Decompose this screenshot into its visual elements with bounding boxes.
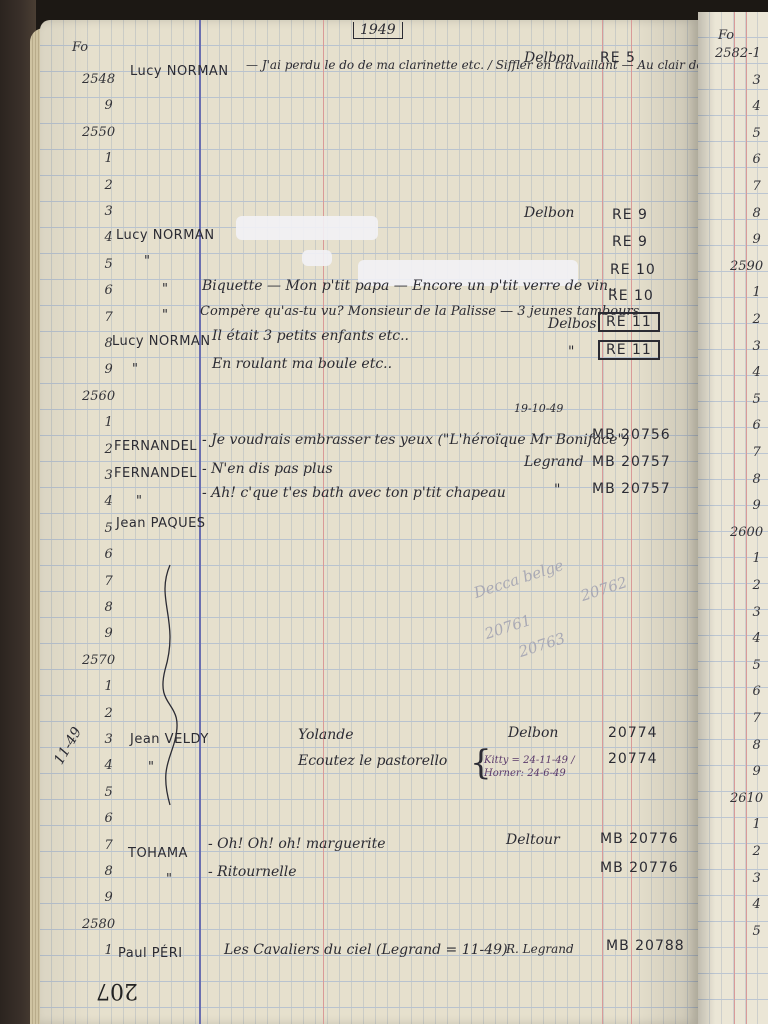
line-number: 8 bbox=[753, 472, 761, 487]
line-number: 3 bbox=[105, 468, 113, 483]
entry-orchestra: Delbon bbox=[524, 50, 574, 66]
entry-catalog: RE 11 bbox=[598, 314, 660, 330]
entry-title: Yolande bbox=[298, 727, 354, 743]
line-number: 4 bbox=[753, 365, 761, 380]
line-number: 8 bbox=[753, 206, 761, 221]
line-number: 7 bbox=[753, 445, 761, 460]
line-number: 3 bbox=[753, 605, 761, 620]
line-number: 2550 bbox=[82, 125, 115, 140]
entry-catalog: MB 20776 bbox=[600, 860, 679, 876]
entry-orchestra: Deltour bbox=[506, 832, 560, 848]
entry-artist: " bbox=[162, 308, 168, 323]
line-number: 8 bbox=[105, 600, 113, 615]
entry-orchestra: " bbox=[554, 482, 560, 498]
pencil-note: 20761 bbox=[482, 611, 533, 643]
entry-artist: FERNANDEL bbox=[114, 466, 197, 481]
line-number: 2580 bbox=[82, 917, 115, 932]
line-number: 4 bbox=[753, 99, 761, 114]
entry-artist: TOHAMA bbox=[128, 846, 188, 861]
margin-line-red bbox=[734, 12, 735, 1024]
line-number: 1 bbox=[105, 943, 113, 958]
entry-artist: Lucy NORMAN bbox=[112, 334, 211, 349]
entry-catalog: RE 9 bbox=[612, 207, 648, 223]
line-number: 6 bbox=[105, 811, 113, 826]
line-number: 2 bbox=[105, 706, 113, 721]
line-number: 2610 bbox=[730, 791, 763, 806]
entry-artist: " bbox=[148, 760, 154, 775]
line-number: 2 bbox=[753, 312, 761, 327]
line-number: 2 bbox=[105, 178, 113, 193]
line-number: 4 bbox=[105, 230, 113, 245]
pencil-note: 20763 bbox=[516, 629, 567, 661]
entry-note: 19-10-49 bbox=[514, 402, 563, 415]
entry-note: Kitty = 24-11-49 / Horner: 24-6-49 bbox=[484, 754, 604, 780]
line-number: 3 bbox=[753, 73, 761, 88]
line-number: 7 bbox=[753, 711, 761, 726]
correction-fluid bbox=[236, 216, 378, 240]
line-number: 1 bbox=[105, 151, 113, 166]
entry-catalog: MB 20756 bbox=[592, 427, 671, 443]
entry-orchestra: Delbos bbox=[548, 316, 597, 332]
line-number: 9 bbox=[105, 98, 113, 113]
line-number: 8 bbox=[105, 864, 113, 879]
entry-catalog: 20774 bbox=[608, 751, 658, 767]
ledger-left-page: 1949 Fo 25489255012345678925601234567892… bbox=[40, 20, 698, 1024]
line-number: 9 bbox=[753, 764, 761, 779]
entry-title: - Ritournelle bbox=[208, 864, 297, 880]
entry-catalog: RE 5 bbox=[600, 50, 636, 66]
entry-artist: " bbox=[166, 872, 172, 887]
line-number: 7 bbox=[753, 179, 761, 194]
entry-title: Ecoutez le pastorello bbox=[298, 753, 447, 769]
entry-title: Biquette — Mon p'tit papa — Encore un p'… bbox=[202, 278, 617, 294]
entry-catalog: MB 20788 bbox=[606, 938, 685, 954]
line-number: 6 bbox=[753, 418, 761, 433]
year-header: 1949 bbox=[353, 22, 403, 38]
entry-artist: Lucy NORMAN bbox=[116, 228, 215, 243]
entry-artist: Paul PÉRI bbox=[118, 946, 183, 961]
line-number: 4 bbox=[753, 631, 761, 646]
entry-catalog: RE 9 bbox=[612, 234, 648, 250]
entry-title: - Oh! Oh! oh! marguerite bbox=[208, 836, 386, 852]
page-number: 207 bbox=[96, 978, 138, 1003]
line-number: 2582-1 bbox=[715, 46, 761, 61]
line-number: 6 bbox=[753, 152, 761, 167]
line-number: 5 bbox=[753, 126, 761, 141]
entry-title: Il était 3 petits enfants etc.. bbox=[212, 328, 409, 344]
line-number: 4 bbox=[753, 897, 761, 912]
line-number: 6 bbox=[105, 283, 113, 298]
entry-orchestra: Delbon bbox=[524, 205, 574, 221]
pencil-note: Decca belge bbox=[471, 556, 565, 602]
margin-date: 11-49 bbox=[51, 725, 85, 768]
correction-fluid bbox=[302, 250, 332, 266]
line-number: 9 bbox=[105, 362, 113, 377]
line-number: 1 bbox=[105, 679, 113, 694]
entry-catalog: RE 10 bbox=[608, 288, 654, 304]
line-number: 9 bbox=[753, 498, 761, 513]
entry-catalog: MB 20776 bbox=[600, 831, 679, 847]
entry-catalog: MB 20757 bbox=[592, 481, 671, 497]
pencil-note: 20762 bbox=[578, 573, 629, 605]
entry-catalog: RE 11 bbox=[598, 342, 660, 358]
entry-title: - Je voudrais embrasser tes yeux ("L'hér… bbox=[202, 432, 629, 448]
line-number: 1 bbox=[753, 817, 761, 832]
entry-artist: Jean VELDY bbox=[130, 732, 209, 747]
line-number: 2570 bbox=[82, 653, 115, 668]
line-number: 2548 bbox=[82, 72, 115, 87]
line-number: 5 bbox=[753, 392, 761, 407]
ditto-squiggle bbox=[150, 560, 190, 810]
line-number: 1 bbox=[105, 415, 113, 430]
entry-title: En roulant ma boule etc.. bbox=[212, 356, 392, 372]
line-number: 1 bbox=[753, 551, 761, 566]
line-number: 9 bbox=[105, 626, 113, 641]
entry-catalog: 20774 bbox=[608, 725, 658, 741]
line-number: 2 bbox=[753, 578, 761, 593]
entry-artist: FERNANDEL bbox=[114, 439, 197, 454]
line-number: 2600 bbox=[730, 525, 763, 540]
folio-label: Fo bbox=[718, 28, 734, 43]
line-number: 2560 bbox=[82, 389, 115, 404]
line-number: 4 bbox=[105, 758, 113, 773]
line-number: 5 bbox=[105, 257, 113, 272]
margin-line-red bbox=[323, 20, 324, 1024]
entry-orchestra: Delbon bbox=[508, 725, 558, 741]
entry-artist: Lucy NORMAN bbox=[130, 64, 229, 79]
entry-title: - Ah! c'que t'es bath avec ton p'tit cha… bbox=[202, 485, 506, 501]
line-number: 7 bbox=[105, 838, 113, 853]
line-number: 3 bbox=[105, 732, 113, 747]
line-number: 5 bbox=[105, 785, 113, 800]
entry-orchestra: " bbox=[568, 344, 574, 360]
entry-title: - N'en dis pas plus bbox=[202, 461, 333, 477]
line-number: 5 bbox=[753, 924, 761, 939]
line-number: 1 bbox=[753, 285, 761, 300]
line-number: 8 bbox=[753, 738, 761, 753]
line-number: 6 bbox=[753, 684, 761, 699]
folio-label: Fo bbox=[72, 40, 88, 55]
line-number: 2 bbox=[105, 442, 113, 457]
entry-title: Les Cavaliers du ciel (Legrand = 11-49) bbox=[224, 942, 508, 958]
line-number: 3 bbox=[753, 871, 761, 886]
line-number: 9 bbox=[105, 890, 113, 905]
entry-orchestra: R. Legrand bbox=[506, 942, 574, 956]
entry-artist: " bbox=[162, 282, 168, 297]
line-number: 7 bbox=[105, 574, 113, 589]
line-number: 5 bbox=[753, 658, 761, 673]
entry-orchestra: Legrand bbox=[524, 454, 584, 470]
entry-title: — J'ai perdu le do de ma clarinette etc.… bbox=[246, 58, 749, 72]
ledger-right-page: Fo 2582-13456789259012345678926001234567… bbox=[698, 12, 768, 1024]
line-number: 5 bbox=[105, 521, 113, 536]
line-number: 4 bbox=[105, 494, 113, 509]
entry-catalog: MB 20757 bbox=[592, 454, 671, 470]
line-number: 3 bbox=[753, 339, 761, 354]
line-number: 7 bbox=[105, 310, 113, 325]
line-number: 2 bbox=[753, 844, 761, 859]
entry-artist: " bbox=[132, 362, 138, 377]
entry-artist: Jean PAQUES bbox=[116, 516, 206, 531]
entry-catalog: RE 10 bbox=[610, 262, 656, 278]
line-number: 2590 bbox=[730, 259, 763, 274]
line-number: 6 bbox=[105, 547, 113, 562]
line-number: 3 bbox=[105, 204, 113, 219]
line-number: 9 bbox=[753, 232, 761, 247]
entry-artist: " bbox=[136, 494, 142, 509]
margin-line-red bbox=[746, 12, 747, 1024]
entry-artist: " bbox=[144, 254, 150, 269]
